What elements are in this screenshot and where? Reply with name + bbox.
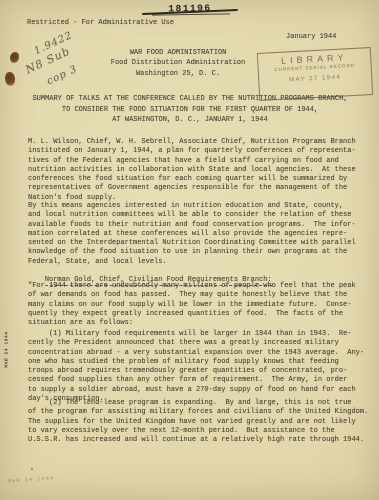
paragraph-point-1-military: (1) Military food requirements will be l… bbox=[28, 330, 370, 404]
paragraph-quote-intro: "For 1944 there are undoubtedly many mil… bbox=[28, 282, 370, 328]
ink-mark-2 bbox=[5, 72, 15, 86]
scanned-document-page: 181196 Restricted - For Administrative U… bbox=[0, 0, 379, 500]
library-stamp-date: MAY 27 1944 bbox=[259, 73, 371, 85]
paragraph-point-2-lend-lease: (2) The lend-lease program is expanding.… bbox=[28, 399, 370, 445]
ink-mark bbox=[10, 52, 19, 63]
date-received-stamp-bottom: MAR 24 1944 bbox=[8, 475, 55, 484]
strikethrough-mark-2 bbox=[152, 13, 230, 15]
document-date: January 1944 bbox=[286, 33, 336, 42]
paragraph-intro: M. L. Wilson, Chief, W. H. Sebrell, Asso… bbox=[28, 138, 370, 203]
date-received-stamp-vertical: MAR 24 1944 bbox=[5, 330, 10, 370]
restricted-notice: Restricted - For Administrative Use bbox=[27, 19, 174, 28]
library-received-stamp: LIBRARY CURRENT SERIAL RECORD MAY 27 194… bbox=[257, 47, 373, 101]
speck-mark bbox=[31, 468, 33, 470]
document-title: SUMMARY OF TALKS AT THE CONFERENCE CALLE… bbox=[10, 94, 370, 126]
paragraph-purpose: By this means agencies interested in nut… bbox=[28, 202, 370, 267]
